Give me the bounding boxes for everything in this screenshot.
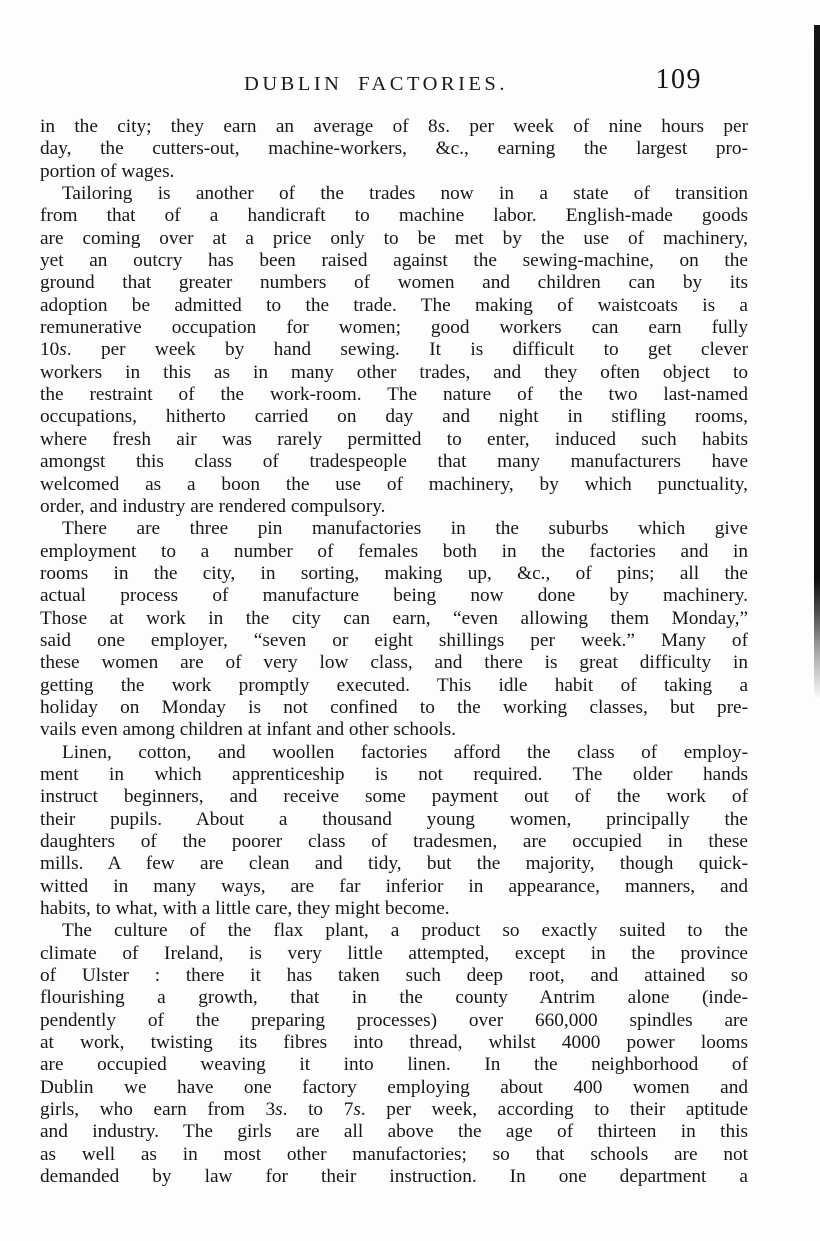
page-number: 109	[656, 64, 703, 96]
text-line: climate of Ireland, is very little attem…	[40, 943, 748, 965]
text-line: said one employer, “seven or eight shill…	[40, 630, 748, 652]
text-line: are coming over at a price only to be me…	[40, 228, 748, 250]
text-line: workers in this as in many other trades,…	[40, 362, 748, 384]
scan-edge-artifact	[814, 25, 820, 700]
text-line: daughters of the poorer class of tradesm…	[40, 831, 748, 853]
text-line: pendently of the preparing processes) ov…	[40, 1010, 748, 1032]
text-line: ment in which apprenticeship is not requ…	[40, 764, 748, 786]
text-line: flourishing a growth, that in the county…	[40, 987, 748, 1009]
text-line: actual process of manufacture being now …	[40, 585, 748, 607]
text-line: Linen, cotton, and woollen factories aff…	[40, 742, 748, 764]
text-line: rooms in the city, in sorting, making up…	[40, 563, 748, 585]
text-line: remunerative occupation for women; good …	[40, 317, 748, 339]
text-line: are occupied weaving it into linen. In t…	[40, 1054, 748, 1076]
text-line: 10s. per week by hand sewing. It is diff…	[40, 339, 748, 361]
text-line: amongst this class of tradespeople that …	[40, 451, 748, 473]
text-line: holiday on Monday is not confined to the…	[40, 697, 748, 719]
text-line: at work, twisting its fibres into thread…	[40, 1032, 748, 1054]
text-line: girls, who earn from 3s. to 7s. per week…	[40, 1099, 748, 1121]
text-line: from that of a handicraft to machine lab…	[40, 205, 748, 227]
text-line: as well as in most other manufactories; …	[40, 1144, 748, 1166]
text-line: Those at work in the city can earn, “eve…	[40, 608, 748, 630]
text-line: day, the cutters-out, machine-workers, &…	[40, 138, 748, 160]
page-header: DUBLIN FACTORIES. 109	[40, 64, 748, 104]
text-line: employment to a number of females both i…	[40, 541, 748, 563]
text-line: portion of wages.	[40, 161, 748, 183]
text-line: instruct beginners, and receive some pay…	[40, 786, 748, 808]
text-line: of Ulster : there it has taken such deep…	[40, 965, 748, 987]
text-line: adoption be admitted to the trade. The m…	[40, 295, 748, 317]
scanned-book-page: DUBLIN FACTORIES. 109 in the city; they …	[0, 0, 820, 1241]
text-line: mills. A few are clean and tidy, but the…	[40, 853, 748, 875]
text-line: demanded by law for their instruction. I…	[40, 1166, 748, 1188]
text-line: ground that greater numbers of women and…	[40, 272, 748, 294]
running-head-title: DUBLIN FACTORIES.	[22, 73, 730, 96]
text-line: There are three pin manufactories in the…	[40, 518, 748, 540]
text-line: where fresh air was rarely permitted to …	[40, 429, 748, 451]
text-line: yet an outcry has been raised against th…	[40, 250, 748, 272]
text-line: habits, to what, with a little care, the…	[40, 898, 748, 920]
text-line: these women are of very low class, and t…	[40, 652, 748, 674]
text-line: in the city; they earn an average of 8s.…	[40, 116, 748, 138]
text-line: order, and industry are rendered compuls…	[40, 496, 748, 518]
text-line: the restraint of the work-room. The natu…	[40, 384, 748, 406]
text-line: vails even among children at infant and …	[40, 719, 748, 741]
text-line: and industry. The girls are all above th…	[40, 1121, 748, 1143]
text-line: occupations, hitherto carried on day and…	[40, 406, 748, 428]
text-line: their pupils. About a thousand young wom…	[40, 809, 748, 831]
text-line: welcomed as a boon the use of machinery,…	[40, 474, 748, 496]
text-line: Dublin we have one factory employing abo…	[40, 1077, 748, 1099]
text-line: witted in many ways, are far inferior in…	[40, 876, 748, 898]
text-line: The culture of the flax plant, a product…	[40, 920, 748, 942]
text-line: Tailoring is another of the trades now i…	[40, 183, 748, 205]
text-line: getting the work promptly executed. This…	[40, 675, 748, 697]
body-text: in the city; they earn an average of 8s.…	[40, 116, 748, 1189]
